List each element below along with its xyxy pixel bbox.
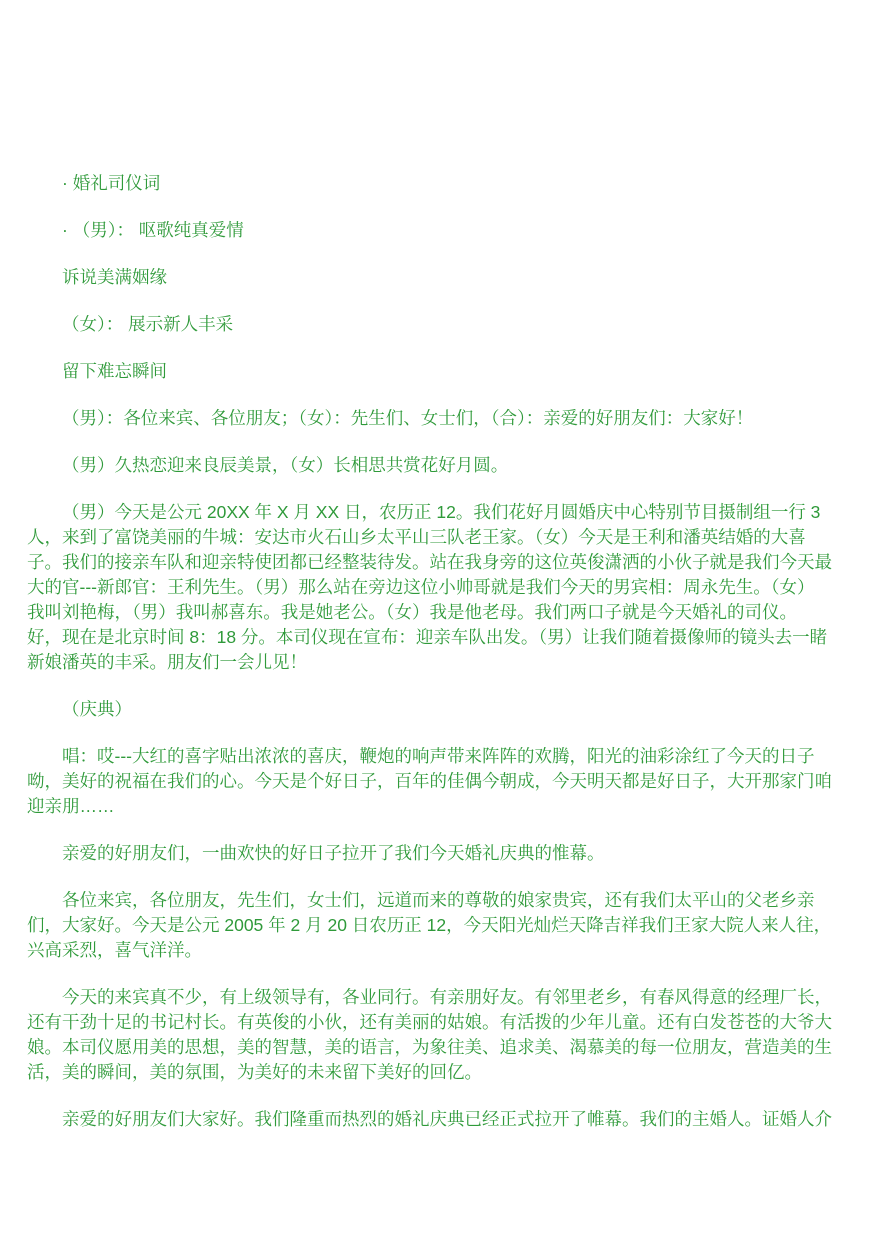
couplet-male-line: · （男）： 呕歌纯真爱情 xyxy=(27,218,868,243)
greeting-line: （男）：各位来宾、各位朋友；（女）：先生们、女士们，（合）：亲爱的好朋友们：大家… xyxy=(27,406,868,431)
wedding-script-page: · 婚礼司仪词 · （男）： 呕歌纯真爱情 诉说美满姻缘 （女）： 展示新人丰采… xyxy=(0,0,884,1250)
host-introduction-paragraph: （男）今天是公元 20XX 年 X 月 XX 日，农历正 12。我们花好月圆婚庆… xyxy=(27,500,868,675)
ceremony-opening-line: 亲爱的好朋友们，一曲欢快的好日子拉开了我们今天婚礼庆典的惟幕。 xyxy=(27,841,868,866)
guest-greeting-paragraph: 各位来宾，各位朋友，先生们，女士们，远道而来的尊敬的娘家贵宾，还有我们太平山的父… xyxy=(27,888,868,963)
couplet-closing-line: 留下难忘瞬间 xyxy=(27,359,868,384)
doc-title-bullet: · 婚礼司仪词 xyxy=(27,171,868,196)
closing-line: 亲爱的好朋友们大家好。我们隆重而热烈的婚礼庆典已经正式拉开了帷幕。我们的主婚人。… xyxy=(27,1107,868,1132)
couplet-female-line: （女）： 展示新人丰采 xyxy=(27,312,868,337)
guest-description-paragraph: 今天的来宾真不少，有上级领导有，各业同行。有亲朋好友。有邻里老乡，有春风得意的经… xyxy=(27,985,868,1085)
song-lyrics-paragraph: 唱：哎---大红的喜字贴出浓浓的喜庆，鞭炮的响声带来阵阵的欢腾，阳光的油彩涂红了… xyxy=(27,744,868,819)
ceremony-section-marker: （庆典） xyxy=(27,697,868,722)
couplet-line: 诉说美满姻缘 xyxy=(27,265,868,290)
opening-couplet: （男）久热恋迎来良辰美景，（女）长相思共赏花好月圆。 xyxy=(27,453,868,478)
